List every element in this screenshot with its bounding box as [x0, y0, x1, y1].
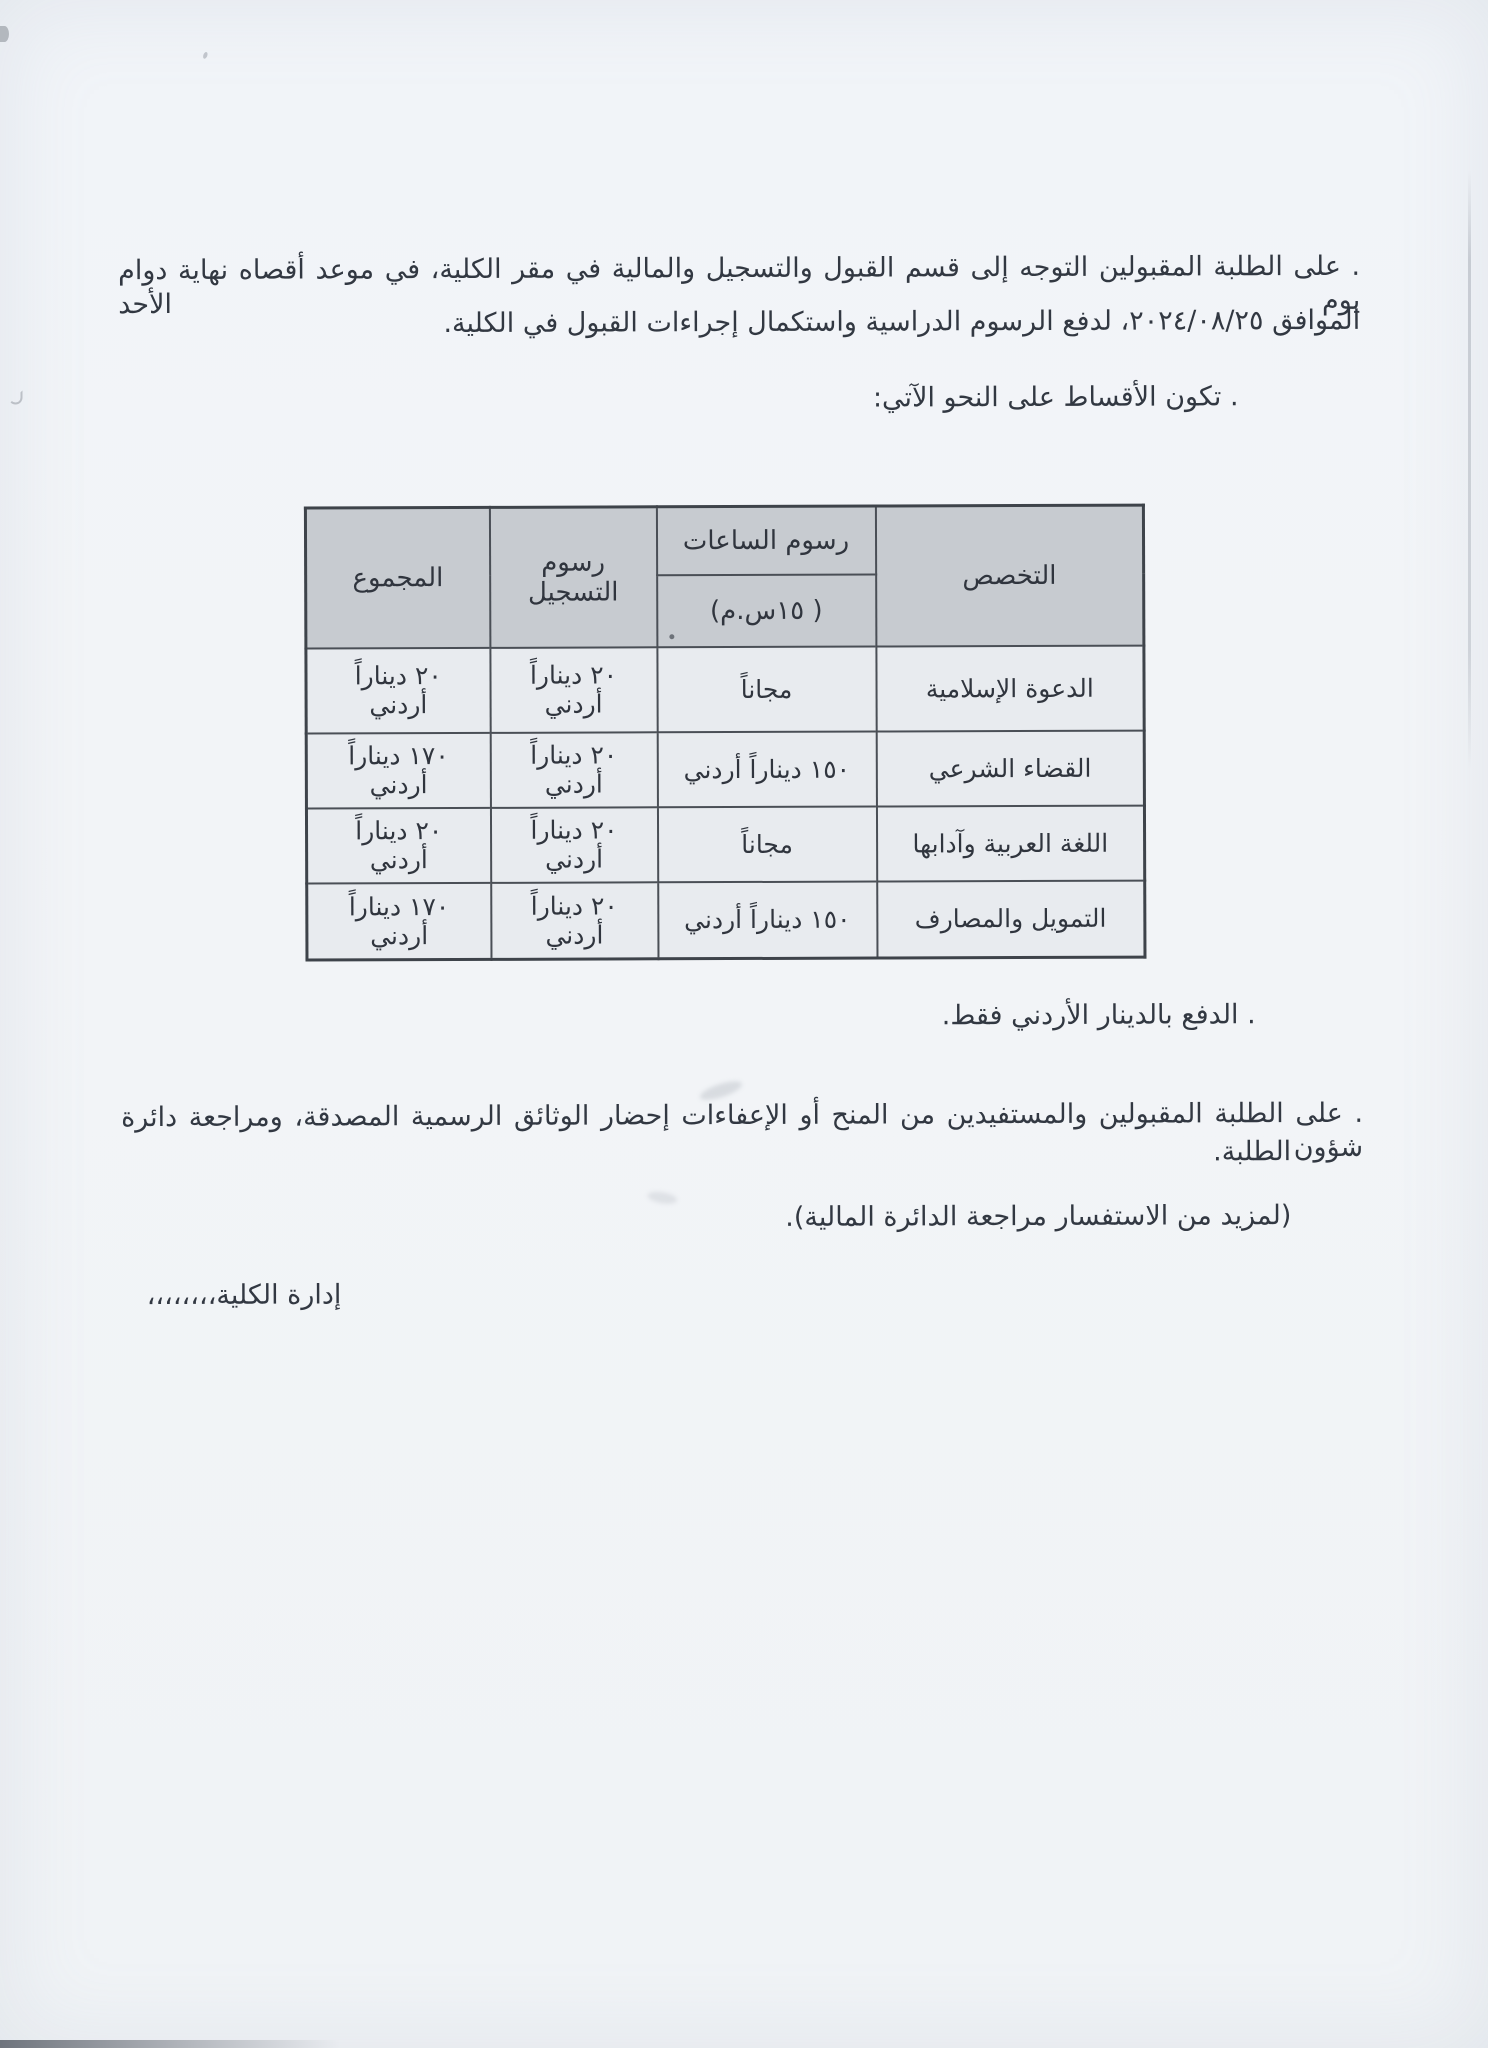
cell-major: القضاء الشرعي	[876, 730, 1144, 806]
cell-registration-fee: ٢٠ ديناراً أردني	[490, 732, 657, 808]
cell-major: التمويل والمصارف	[877, 880, 1145, 958]
cell-registration-fee: ٢٠ ديناراً أردني	[490, 647, 657, 733]
scan-smudge	[647, 1190, 678, 1206]
note-documents-line1: . على الطلبة المقبولين والمستفيدين من ال…	[121, 1097, 1363, 1169]
acceptance-paragraph-line2: الموافق ٢٠٢٤/٠٨/٢٥، لدفع الرسوم الدراسية…	[118, 304, 1360, 342]
signature-line: إدارة الكلية،،،،،،،،	[147, 1278, 342, 1313]
note-payment: . الدفع بالدينار الأردني فقط.	[942, 998, 1256, 1033]
cell-major: الدعوة الإسلامية	[876, 645, 1144, 731]
header-registration-fees: رسوم التسجيل	[489, 507, 656, 648]
cell-total-fee: ١٧٠ ديناراً أردني	[306, 732, 490, 808]
cell-total-fee: ١٧٠ ديناراً أردني	[307, 882, 491, 960]
fees-table: التخصص رسوم الساعات رسوم التسجيل المجموع…	[304, 504, 1147, 962]
note-inquiry: (لمزيد من الاستفسار مراجعة الدائرة المال…	[785, 1199, 1291, 1235]
scanned-document-page: . على الطلبة المقبولين التوجه إلى قسم ال…	[0, 0, 1488, 2048]
cell-hours-fee: مجاناً	[657, 646, 876, 732]
cell-total-fee: ٢٠ ديناراً أردني	[306, 647, 490, 733]
table-row: الدعوة الإسلامية مجاناً ٢٠ ديناراً أردني…	[306, 645, 1144, 733]
scan-speck	[202, 51, 208, 59]
cell-total-fee: ٢٠ ديناراً أردني	[306, 807, 490, 883]
header-hours-fees: رسوم الساعات	[656, 506, 875, 575]
table-row: القضاء الشرعي ١٥٠ ديناراً أردني ٢٠ دينار…	[306, 730, 1144, 808]
cell-hours-fee: ١٥٠ ديناراً أردني	[657, 731, 876, 807]
note-documents-line2: الطلبة.	[1213, 1135, 1291, 1169]
scan-speck	[8, 391, 22, 405]
cell-registration-fee: ٢٠ ديناراً أردني	[491, 882, 658, 960]
cell-hours-fee: مجاناً	[657, 806, 876, 882]
table-row: التمويل والمصارف ١٥٠ ديناراً أردني ٢٠ دي…	[307, 880, 1145, 960]
header-major: التخصص	[875, 505, 1143, 646]
header-hours-fees-sub: ( ١٥س.م)	[657, 574, 876, 647]
document-sheet: . على الطلبة المقبولين التوجه إلى قسم ال…	[0, 0, 1488, 2048]
installments-intro: . تكون الأقساط على النحو الآتي:	[873, 380, 1239, 415]
header-total: المجموع	[305, 507, 489, 648]
cell-hours-fee: ١٥٠ ديناراً أردني	[658, 881, 877, 959]
cell-major: اللغة العربية وآدابها	[876, 805, 1144, 881]
cell-registration-fee: ٢٠ ديناراً أردني	[490, 807, 657, 883]
table-row: اللغة العربية وآدابها مجاناً ٢٠ ديناراً …	[306, 805, 1144, 883]
